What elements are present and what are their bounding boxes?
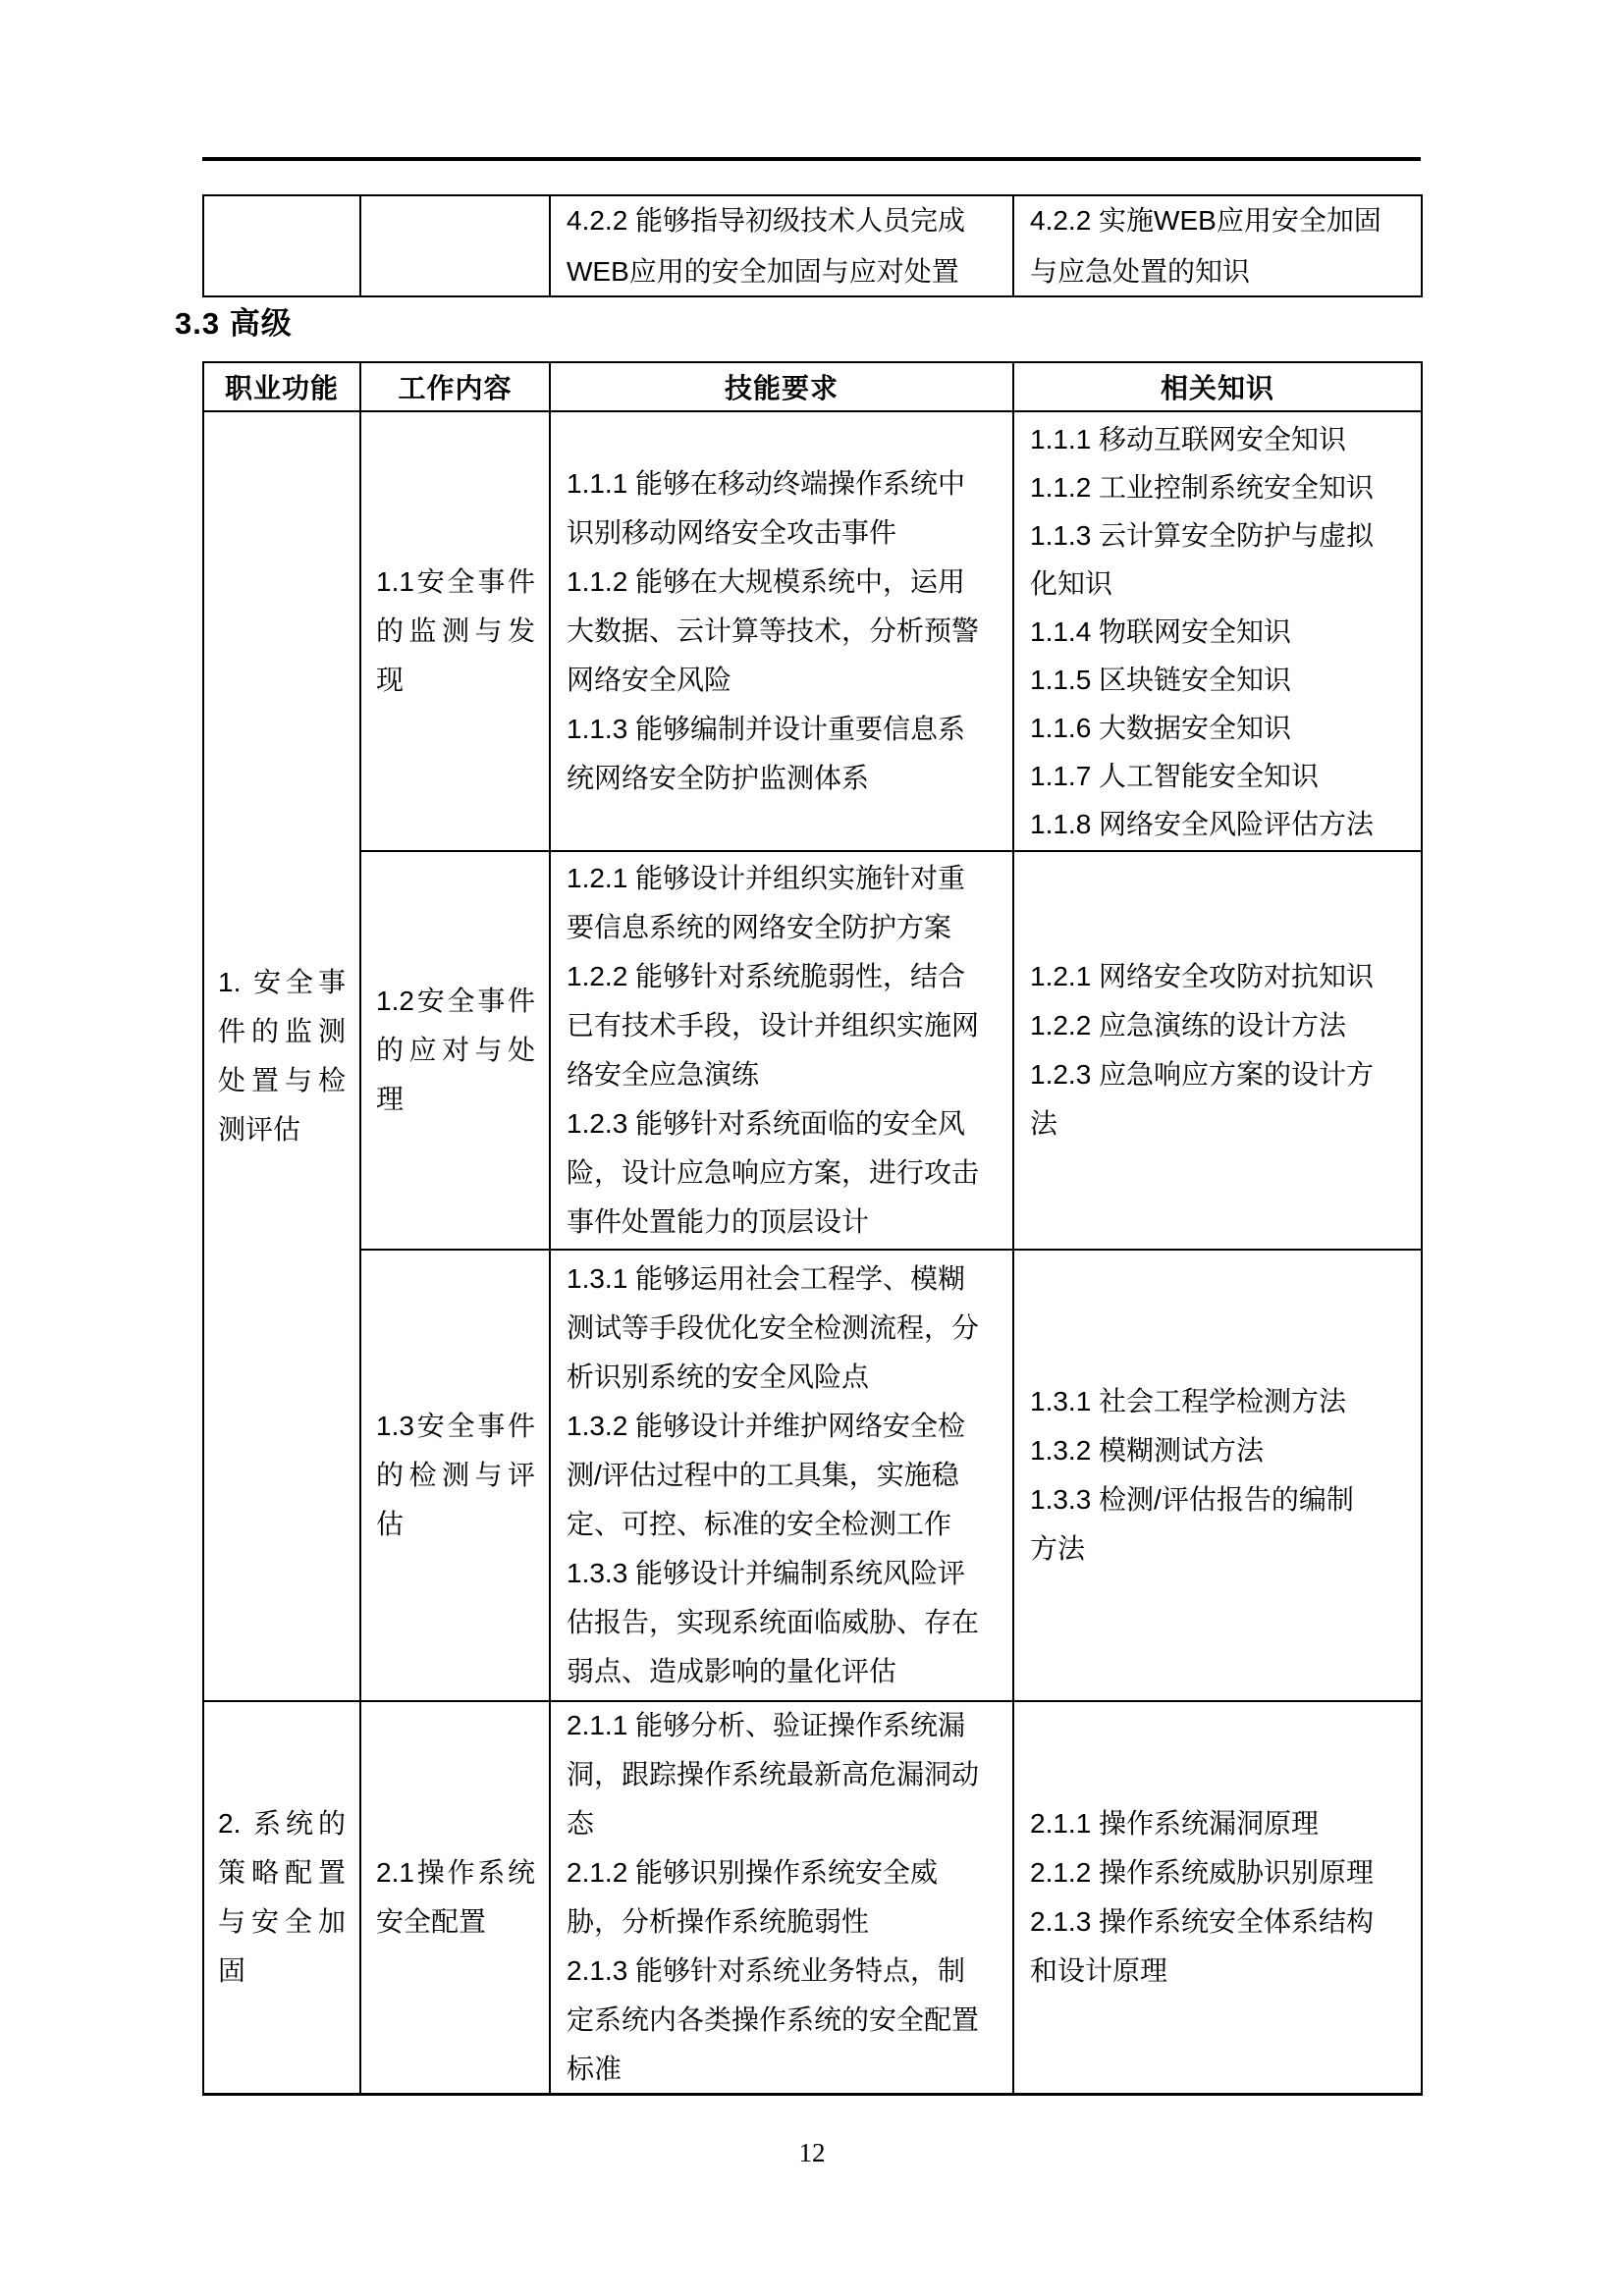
text-line: 1.1.4 物联网安全知识 [1030, 608, 1413, 656]
text-line: 1.2.2 应急演练的设计方法 [1030, 1001, 1413, 1050]
text-line: 2.1操作系统 [376, 1848, 535, 1897]
text-line: 2.1.3 能够针对系统业务特点，制 [567, 1947, 1004, 1996]
text-line: 4.2.2 能够指导初级技术人员完成 [567, 196, 1004, 246]
text-line: 2. 系统的 [218, 1799, 346, 1848]
text-line: 理 [376, 1075, 535, 1124]
text-line: 1.2.1 能够设计并组织实施针对重 [567, 854, 1004, 903]
text-line: 标准 [567, 2045, 1004, 2094]
text-line: 1.1.1 能够在移动终端操作系统中 [567, 459, 1004, 508]
text-line: 1.3.3 能够设计并编制系统风险评 [567, 1549, 1004, 1598]
senior-level-table: 职业功能 工作内容 技能要求 相关知识 1. 安全事件的监测处置与检测评估 1.… [202, 361, 1423, 2096]
text-line: 1.2.2 能够针对系统脆弱性，结合 [567, 952, 1004, 1001]
text-line: 识别移动网络安全攻击事件 [567, 508, 1004, 558]
column-header-knowledge: 相关知识 [1014, 363, 1423, 412]
text-line: 1.1.2 能够在大规模系统中，运用 [567, 558, 1004, 607]
text-line: 1.1.3 云计算安全防护与虚拟 [1030, 511, 1413, 560]
text-line: 1.2.3 应急响应方案的设计方 [1030, 1050, 1413, 1099]
continued-cell-function-empty [204, 196, 361, 297]
text-line: 件的监测 [218, 1007, 346, 1056]
text-line: 1.1.5 区块链安全知识 [1030, 656, 1413, 704]
text-line: 化知识 [1030, 560, 1413, 608]
continued-cell-skills: 4.2.2 能够指导初级技术人员完成WEB应用的安全加固与应对处置 [551, 196, 1014, 297]
knowledge-cell-2-1: 2.1.1 操作系统漏洞原理2.1.2 操作系统威胁识别原理2.1.3 操作系统… [1014, 1702, 1423, 2096]
text-line: 1.2.3 能够针对系统面临的安全风 [567, 1099, 1004, 1148]
column-header-function: 职业功能 [204, 363, 361, 412]
text-line: 测评估 [218, 1105, 346, 1154]
text-line: 与安全加 [218, 1897, 346, 1947]
text-line: 处置与检 [218, 1056, 346, 1105]
text-line: 要信息系统的网络安全防护方案 [567, 903, 1004, 952]
text-line: 2.1.3 操作系统安全体系结构 [1030, 1897, 1413, 1947]
text-line: 的应对与处 [376, 1026, 535, 1075]
text-line: 弱点、造成影响的量化评估 [567, 1647, 1004, 1696]
text-line: 1.1.2 工业控制系统安全知识 [1030, 463, 1413, 511]
knowledge-cell-1-2: 1.2.1 网络安全攻防对抗知识1.2.2 应急演练的设计方法1.2.3 应急响… [1014, 852, 1423, 1251]
document-page: 4.2.2 能够指导初级技术人员完成WEB应用的安全加固与应对处置 4.2.2 … [0, 0, 1624, 2296]
text-line: 1.2安全事件 [376, 977, 535, 1026]
text-line: 胁，分析操作系统脆弱性 [567, 1897, 1004, 1947]
text-line: 方法 [1030, 1524, 1413, 1574]
function-cell-group2: 2. 系统的策略配置与安全加固 [204, 1702, 361, 2096]
text-line: 2.1.1 操作系统漏洞原理 [1030, 1799, 1413, 1848]
work-cell-1-1: 1.1安全事件的监测与发现 [361, 412, 551, 852]
work-cell-1-2: 1.2安全事件的应对与处理 [361, 852, 551, 1251]
knowledge-cell-1-1: 1.1.1 移动互联网安全知识1.1.2 工业控制系统安全知识1.1.3 云计算… [1014, 412, 1423, 852]
text-line: 1.3.3 检测/评估报告的编制 [1030, 1475, 1413, 1524]
column-header-work: 工作内容 [361, 363, 551, 412]
text-line: 1.3.2 模糊测试方法 [1030, 1426, 1413, 1475]
text-line: 与应急处置的知识 [1030, 246, 1413, 297]
text-line: 安全配置 [376, 1897, 535, 1947]
text-line: 测试等手段优化安全检测流程，分 [567, 1304, 1004, 1353]
text-line: 和设计原理 [1030, 1947, 1413, 1996]
page-header-rule [202, 157, 1421, 161]
text-line: 策略配置 [218, 1848, 346, 1897]
text-line: 4.2.2 实施WEB应用安全加固 [1030, 196, 1413, 246]
text-line: 1.1.7 人工智能安全知识 [1030, 752, 1413, 800]
text-line: 的监测与发 [376, 607, 535, 656]
work-cell-1-3: 1.3安全事件的检测与评估 [361, 1251, 551, 1702]
skills-cell-2-1: 2.1.1 能够分析、验证操作系统漏洞，跟踪操作系统最新高危漏洞动态2.1.2 … [551, 1702, 1014, 2096]
text-line: 1.2.1 网络安全攻防对抗知识 [1030, 952, 1413, 1001]
text-line: WEB应用的安全加固与应对处置 [567, 246, 1004, 297]
skills-cell-1-3: 1.3.1 能够运用社会工程学、模糊测试等手段优化安全检测流程，分析识别系统的安… [551, 1251, 1014, 1702]
text-line: 已有技术手段，设计并组织实施网 [567, 1001, 1004, 1050]
skills-cell-1-1: 1.1.1 能够在移动终端操作系统中识别移动网络安全攻击事件1.1.2 能够在大… [551, 412, 1014, 852]
text-line: 估报告，实现系统面临威胁、存在 [567, 1598, 1004, 1647]
text-line: 1.1.3 能够编制并设计重要信息系 [567, 705, 1004, 754]
text-line: 析识别系统的安全风险点 [567, 1353, 1004, 1402]
text-line: 统网络安全防护监测体系 [567, 754, 1004, 803]
text-line: 1.3.2 能够设计并维护网络安全检 [567, 1402, 1004, 1451]
continued-cell-knowledge: 4.2.2 实施WEB应用安全加固与应急处置的知识 [1014, 196, 1423, 297]
column-header-skills: 技能要求 [551, 363, 1014, 412]
text-line: 定系统内各类操作系统的安全配置 [567, 1996, 1004, 2045]
function-cell-group1: 1. 安全事件的监测处置与检测评估 [204, 412, 361, 1702]
text-line: 估 [376, 1500, 535, 1549]
text-line: 事件处置能力的顶层设计 [567, 1198, 1004, 1247]
work-cell-2-1: 2.1操作系统安全配置 [361, 1702, 551, 2096]
text-line: 测/评估过程中的工具集，实施稳 [567, 1451, 1004, 1500]
text-line: 现 [376, 656, 535, 705]
text-line: 1.3安全事件 [376, 1402, 535, 1451]
continued-table: 4.2.2 能够指导初级技术人员完成WEB应用的安全加固与应对处置 4.2.2 … [202, 194, 1423, 297]
text-line: 2.1.2 操作系统威胁识别原理 [1030, 1848, 1413, 1897]
text-line: 1. 安全事 [218, 958, 346, 1007]
knowledge-cell-1-3: 1.3.1 社会工程学检测方法1.3.2 模糊测试方法1.3.3 检测/评估报告… [1014, 1251, 1423, 1702]
continued-cell-work-empty [361, 196, 551, 297]
page-number: 12 [776, 2138, 848, 2168]
text-line: 1.1.6 大数据安全知识 [1030, 704, 1413, 752]
text-line: 络安全应急演练 [567, 1050, 1004, 1099]
text-line: 2.1.2 能够识别操作系统安全威 [567, 1848, 1004, 1897]
text-line: 1.3.1 能够运用社会工程学、模糊 [567, 1255, 1004, 1304]
text-line: 大数据、云计算等技术，分析预警 [567, 607, 1004, 656]
text-line: 固 [218, 1947, 346, 1996]
text-line: 网络安全风险 [567, 656, 1004, 705]
text-line: 法 [1030, 1099, 1413, 1148]
skills-cell-1-2: 1.2.1 能够设计并组织实施针对重要信息系统的网络安全防护方案1.2.2 能够… [551, 852, 1014, 1251]
text-line: 1.3.1 社会工程学检测方法 [1030, 1377, 1413, 1426]
text-line: 1.1.1 移动互联网安全知识 [1030, 415, 1413, 463]
text-line: 险，设计应急响应方案，进行攻击 [567, 1148, 1004, 1198]
text-line: 态 [567, 1799, 1004, 1848]
text-line: 洞，跟踪操作系统最新高危漏洞动 [567, 1750, 1004, 1799]
section-heading: 3.3 高级 [175, 298, 293, 343]
text-line: 的检测与评 [376, 1451, 535, 1500]
text-line: 1.1.8 网络安全风险评估方法 [1030, 800, 1413, 848]
text-line: 1.1安全事件 [376, 558, 535, 607]
text-line: 2.1.1 能够分析、验证操作系统漏 [567, 1702, 1004, 1750]
text-line: 定、可控、标准的安全检测工作 [567, 1500, 1004, 1549]
